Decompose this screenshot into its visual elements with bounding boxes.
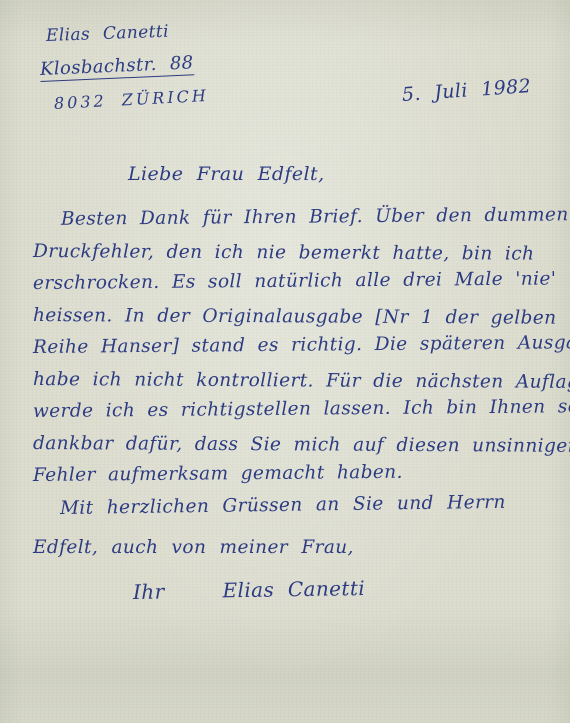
body-line-7: werde ich es richtigstellen lassen. Ich … (33, 391, 570, 428)
body-line-5: Reihe Hanser] stand es richtig. Die spät… (33, 327, 570, 364)
signature-prefix: Ihr (133, 579, 165, 604)
letter-date: 5. Juli 1982 (401, 75, 532, 106)
sender-name: Elias Canetti (46, 22, 170, 46)
sender-street-text: Klosbachstr. 88 (40, 52, 195, 82)
signature: IhrElias Canetti (133, 576, 365, 604)
signature-name: Elias Canetti (222, 576, 365, 602)
closing-line-2: Edfelt, auch von meiner Frau, (33, 537, 354, 558)
body-line-9: Fehler aufmerksam gemacht haben. (33, 455, 570, 492)
body-line-1: Besten Dank für Ihren Brief. Über den du… (33, 199, 570, 236)
body-line-3: erschrocken. Es soll natürlich alle drei… (33, 263, 570, 300)
sender-city: 8032 ZÜRICH (54, 86, 210, 113)
salutation: Liebe Frau Edfelt, (128, 163, 325, 185)
sender-street: Klosbachstr. 88 (40, 52, 194, 80)
closing-line-1: Mit herzlichen Grüssen an Sie und Herrn (60, 492, 506, 519)
letter-body: Besten Dank für Ihren Brief. Über den du… (33, 204, 570, 492)
letter-page: Elias Canetti Klosbachstr. 88 8032 ZÜRIC… (0, 0, 570, 723)
